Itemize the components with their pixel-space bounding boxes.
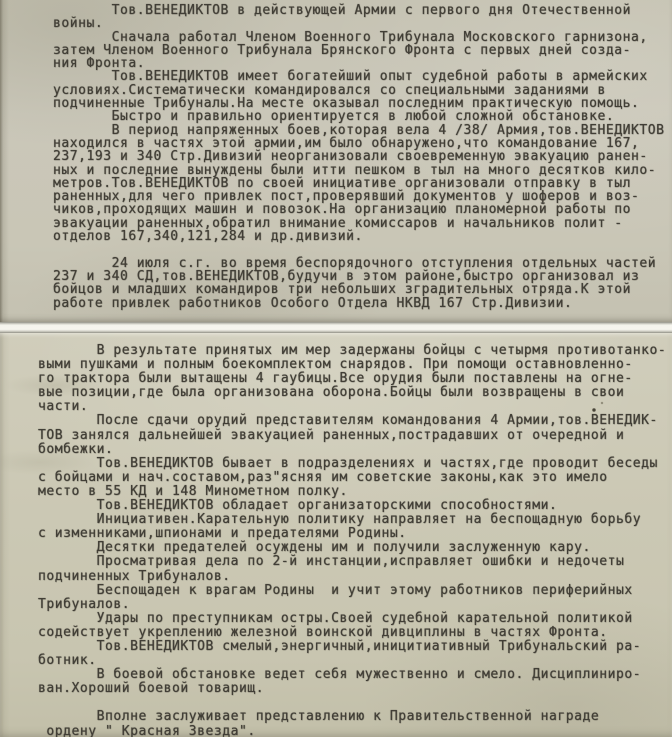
text-line: В результате принятых им мер задержаны б…: [38, 344, 666, 358]
text-line: Сначала работал Членом Военного Трибунал…: [53, 31, 665, 44]
text-line: 237,193 и 340 Стр.Дивизий неорганизовали…: [53, 150, 665, 163]
text-line: Тов.ВЕНЕДИКТОВ имеет богатейший опыт суд…: [53, 70, 665, 83]
text-line: ван.Хороший боевой товарищ.: [38, 682, 666, 696]
text-line: отделов 167,340,121,284 и др.дивизий.: [53, 230, 665, 243]
text-line: ТОВ занялся дальнейшей эвакуацией раненн…: [38, 429, 666, 443]
text-line: Трибуналов.: [38, 598, 666, 612]
text-line: Тов.ВЕНЕДИКТОВ обладает организаторскими…: [38, 499, 666, 513]
text-line: содействует укреплению железной воинской…: [38, 626, 666, 640]
text-line: место в 55 КД и 148 Минометном полку.: [38, 485, 666, 499]
text-line: бомбежки.: [38, 443, 666, 457]
document-fragment-lower: В результате принятых им мер задержаны б…: [0, 333, 672, 737]
text-line: В период напряженных боев,которая вела 4…: [53, 124, 665, 137]
text-line: работе привлек работников Особого Отдела…: [53, 297, 665, 310]
text-line: с бойцами и нач.составом,раз"ясняя им со…: [38, 471, 666, 485]
text-line: Вполне заслуживает представлению к Прави…: [38, 710, 666, 724]
scan-seam-divider: [0, 322, 672, 333]
document-fragment-upper: Тов.ВЕНЕДИКТОВ в действующей Армии с пер…: [0, 0, 672, 322]
text-line: ных и последние вынуждены были итти пешк…: [53, 164, 665, 177]
text-line: подчиненных Трибуналов.: [38, 570, 666, 584]
text-line: Беспощаден к врагам Родины и учит этому …: [38, 584, 666, 598]
text-line: 24 июля с.г. во время беспорядочного отс…: [53, 257, 665, 270]
text-line: вые позиции,где была организована оборон…: [38, 386, 666, 400]
text-line: затем Членом Военного Трибунала Брянског…: [53, 44, 665, 57]
text-line: Тов.ВЕНЕДИКТОВ смелый,энергичный,иницити…: [38, 640, 666, 654]
text-line: [53, 243, 665, 256]
text-line: бойцов и младших командиров три небольши…: [53, 283, 665, 296]
text-line: Быстро и правильно ориентируется в любой…: [53, 110, 665, 123]
text-line: Тов.ВЕНЕДИКТОВ в действующей Армии с пер…: [53, 4, 665, 17]
text-line: чиков,проходящих машин и повозок.На орга…: [53, 203, 665, 216]
typewritten-text-upper: Тов.ВЕНЕДИКТОВ в действующей Армии с пер…: [53, 4, 665, 310]
text-line: войны.: [53, 17, 665, 30]
scanned-document-page: Тов.ВЕНЕДИКТОВ в действующей Армии с пер…: [0, 0, 672, 737]
text-line: Просматривая дела по 2-й инстанции,испра…: [38, 555, 666, 569]
text-line: Инициативен.Карательную политику направл…: [38, 513, 666, 527]
text-line: ордену " Красная Звезда".: [38, 725, 666, 737]
text-line: Удары по преступникам остры.Своей судебн…: [38, 612, 666, 626]
text-line: Тов.ВЕНЕДИКТОВ бывает в подразделениях и…: [38, 457, 666, 471]
typewritten-text-lower: В результате принятых им мер задержаны б…: [38, 344, 666, 737]
text-line: После сдачи орудий представителям команд…: [38, 414, 666, 428]
